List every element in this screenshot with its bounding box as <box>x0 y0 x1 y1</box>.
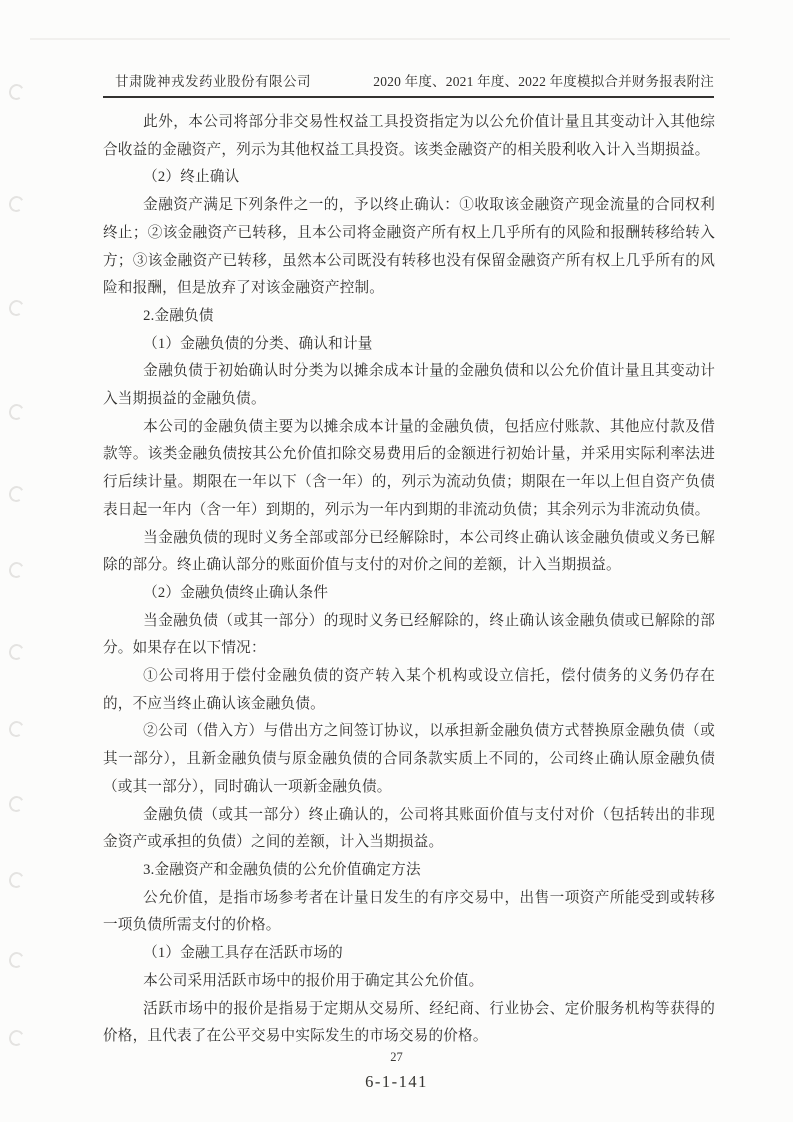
binding-hole-icon <box>7 194 25 213</box>
binding-hole-icon <box>7 560 25 579</box>
paragraph: 公允价值，是指市场参考者在计量日发生的有序交易中，出售一项资产所能受到或转移一项… <box>103 885 715 940</box>
section-heading: （1）金融工具存在活跃市场的 <box>103 940 715 968</box>
binding-hole-icon <box>7 642 25 661</box>
paragraph: 金融资产满足下列条件之一的，予以终止确认：①收取该金融资产现金流量的合同权利终止… <box>103 192 715 303</box>
paragraph: 金融负债（或其一部分）终止确认的，公司将其账面价值与支付对价（包括转出的非现金资… <box>103 802 715 857</box>
document-body: 此外，本公司将部分非交易性权益工具投资指定为以公允价值计量且其变动计入其他综合收… <box>103 109 715 1051</box>
scan-artifact-line <box>30 38 730 40</box>
binding-hole-icon <box>7 950 25 969</box>
binding-hole-icon <box>7 298 25 317</box>
page-header: 甘肃陇神戎发药业股份有限公司 2020 年度、2021 年度、2022 年度模拟… <box>103 70 714 98</box>
binding-hole-icon <box>7 402 25 421</box>
binding-hole-icon <box>7 794 25 813</box>
binding-hole-icon <box>7 719 25 738</box>
company-name: 甘肃陇神戎发药业股份有限公司 <box>103 70 311 90</box>
binding-hole-icon <box>7 82 25 101</box>
paragraph: 当金融负债（或其一部分）的现时义务已经解除的，终止确认该金融负债或已解除的部分。… <box>103 608 715 663</box>
document-number: 6-1-141 <box>0 1072 793 1092</box>
paragraph: 活跃市场中的报价是指易于定期从交易所、经纪商、行业协会、定价服务机构等获得的价格… <box>103 996 715 1051</box>
section-heading: （2）终止确认 <box>103 164 715 192</box>
binding-hole-icon <box>7 1028 25 1047</box>
paragraph: ②公司（借入方）与借出方之间签订协议，以承担新金融负债方式替换原金融负债（或其一… <box>103 718 715 801</box>
scanned-document-page: 甘肃陇神戎发药业股份有限公司 2020 年度、2021 年度、2022 年度模拟… <box>0 0 793 1122</box>
paragraph: 金融负债于初始确认时分类为以摊余成本计量的金融负债和以公允价值计量且其变动计入当… <box>103 358 715 413</box>
paragraph: 本公司的金融负债主要为以摊余成本计量的金融负债，包括应付账款、其他应付款及借款等… <box>103 414 715 525</box>
section-heading: 2.金融负债 <box>103 303 715 331</box>
section-heading: （1）金融负债的分类、确认和计量 <box>103 331 715 359</box>
paragraph: ①公司将用于偿付金融负债的资产转入某个机构或设立信托，偿付债务的义务仍存在的，不… <box>103 663 715 718</box>
binding-hole-icon <box>7 870 25 889</box>
page-number: 27 <box>0 1050 793 1065</box>
section-heading: 3.金融资产和金融负债的公允价值确定方法 <box>103 857 715 885</box>
binding-hole-icon <box>7 484 25 503</box>
report-title: 2020 年度、2021 年度、2022 年度模拟合并财务报表附注 <box>373 70 714 90</box>
paragraph: 当金融负债的现时义务全部或部分已经解除时，本公司终止确认该金融负债或义务已解除的… <box>103 525 715 580</box>
paragraph: 此外，本公司将部分非交易性权益工具投资指定为以公允价值计量且其变动计入其他综合收… <box>103 109 715 164</box>
section-heading: （2）金融负债终止确认条件 <box>103 580 715 608</box>
paragraph: 本公司采用活跃市场中的报价用于确定其公允价值。 <box>103 968 715 996</box>
